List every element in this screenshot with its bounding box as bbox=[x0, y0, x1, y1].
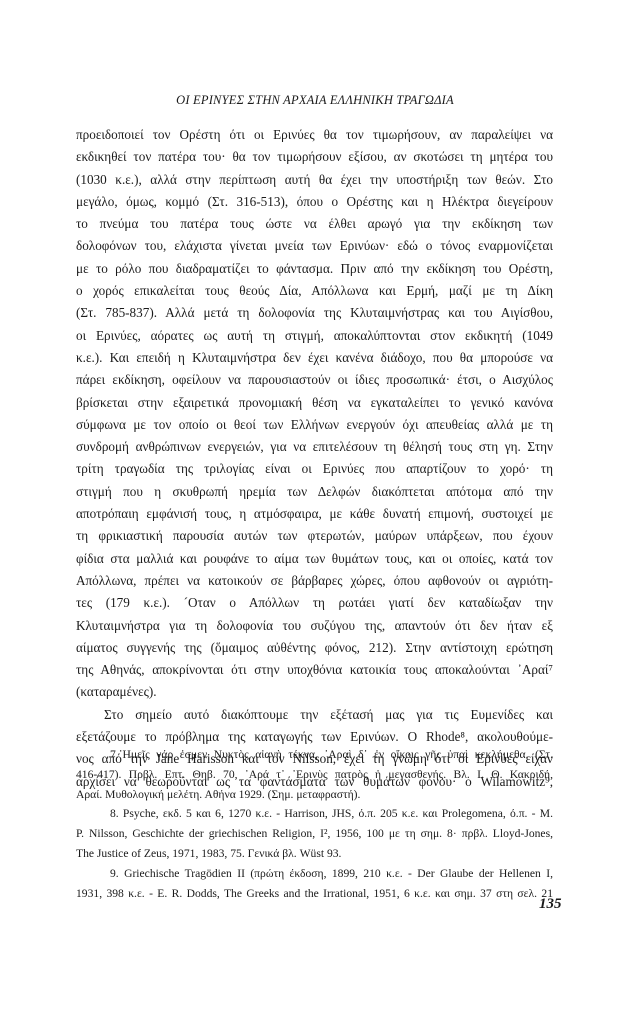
book-page: ΟΙ ΕΡΙΝΥΕΣ ΣΤΗΝ ΑΡΧΑΙΑ ΕΛΛΗΝΙΚΗ ΤΡΑΓΩΔΙΑ… bbox=[0, 0, 630, 1024]
footnote-7: 7.᾿Ημεῖς γάρ ἐσμεν Νυκτὸς αἰανὴ τέκνα, ᾿… bbox=[76, 745, 553, 765]
body-line: (καταραμένες). bbox=[76, 681, 553, 703]
body-line: αίματος συγγενής της (ὅμαιμος αὐθέντης φ… bbox=[76, 637, 553, 659]
footnote-8: 8. Psyche, εκδ. 5 και 6, 1270 κ.ε. - Har… bbox=[76, 804, 553, 824]
body-line: δολοφόνων του, ελάχιστα γίνεται μνεία τω… bbox=[76, 235, 553, 257]
body-line: το πνεύμα του πατέρα τους ώστε να έλθει … bbox=[76, 213, 553, 235]
body-line: σύμφωνα με τον οποίο οι θεοί των Ελλήνων… bbox=[76, 414, 553, 436]
body-line: (1030 κ.ε.), αλλά στην περίπτωση αυτή θα… bbox=[76, 169, 553, 191]
body-line: αποτρόπαιη εμφάνισή τους, η ατμόσφαιρα, … bbox=[76, 503, 553, 525]
footnote-line: 416-417). Πρβλ. Επτ. Θηβ. 70, ᾿Αρά τ᾿ ᾿Ε… bbox=[76, 765, 553, 785]
running-head: ΟΙ ΕΡΙΝΥΕΣ ΣΤΗΝ ΑΡΧΑΙΑ ΕΛΛΗΝΙΚΗ ΤΡΑΓΩΔΙΑ bbox=[0, 93, 630, 108]
body-line: συνδρομή ανθρώπινων ενεργειών, για να επ… bbox=[76, 436, 553, 458]
body-line: προειδοποιεί τον Ορέστη ότι οι Ερινύες θ… bbox=[76, 124, 553, 146]
body-line: πάρει εκδίκηση, οφείλουν να παρουσιαστού… bbox=[76, 369, 553, 391]
footnote-line: Αραί. Μυθολογική μελέτη. Αθήνα 1929. (Ση… bbox=[76, 785, 553, 805]
body-line: (Στ. 785-837). Αλλά μετά τη δολοφονία τη… bbox=[76, 302, 553, 324]
footnote-line: 1931, 398 κ.ε. - E. R. Dodds, The Greeks… bbox=[76, 884, 553, 904]
body-line: κ.ε.). Και επειδή η Κλυταιμνήστρα δεν έχ… bbox=[76, 347, 553, 369]
body-line: βρίσκεται στην εξαιρετικά προνομιακή θέσ… bbox=[76, 392, 553, 414]
footnotes: 7.᾿Ημεῖς γάρ ἐσμεν Νυκτὸς αἰανὴ τέκνα, ᾿… bbox=[76, 745, 553, 903]
body-line: οι Ερινύες, αόρατες ως αυτή τη στιγμή, α… bbox=[76, 325, 553, 347]
body-line: εκδικηθεί τον πατέρα του· θα τον τιμωρήσ… bbox=[76, 146, 553, 168]
footnote-line: P. Nilsson, Geschichte der griechischen … bbox=[76, 824, 553, 844]
paragraph-start-line: Στο σημείο αυτό διακόπτουμε την εξέτασή … bbox=[76, 704, 553, 726]
body-line: ο χορός επικαλείται τους θεούς Δία, Απόλ… bbox=[76, 280, 553, 302]
body-line: της Αθηνάς, αποκρίνονται ότι στην υποχθό… bbox=[76, 659, 553, 681]
body-text: προειδοποιεί τον Ορέστη ότι οι Ερινύες θ… bbox=[76, 124, 553, 793]
footnote-9: 9. Griechische Tragödien II (πρώτη έκδοσ… bbox=[76, 864, 553, 884]
body-line: με το ρόλο που διαδραματίζει το φάντασμα… bbox=[76, 258, 553, 280]
page-number: 135 bbox=[539, 896, 562, 913]
body-line: στιγμή που η σκυθρωπή ηρεμία των Δελφών … bbox=[76, 481, 553, 503]
body-line: τη φρικιαστική παρουσία αυτών των φτερωτ… bbox=[76, 525, 553, 547]
body-line: Κλυταιμνήστρα για τη δολοφονία του συζύγ… bbox=[76, 615, 553, 637]
body-line: τες (179 κ.ε.). ´Οταν ο Απόλλων τη ρωτάε… bbox=[76, 592, 553, 614]
footnote-line: The Justice of Zeus, 1971, 1983, 75. Γεν… bbox=[76, 844, 553, 864]
body-line: μεγάλο, όμως, κομμό (Στ. 316-513), όπου … bbox=[76, 191, 553, 213]
body-line: φίδια στα μαλλιά και ρουφάνε το αίμα των… bbox=[76, 548, 553, 570]
body-line: τρίτη τραγωδία της τριλογίας είναι οι Ερ… bbox=[76, 458, 553, 480]
body-line: Απόλλωνα, πρέπει να κατοικούν σε βάρβαρε… bbox=[76, 570, 553, 592]
